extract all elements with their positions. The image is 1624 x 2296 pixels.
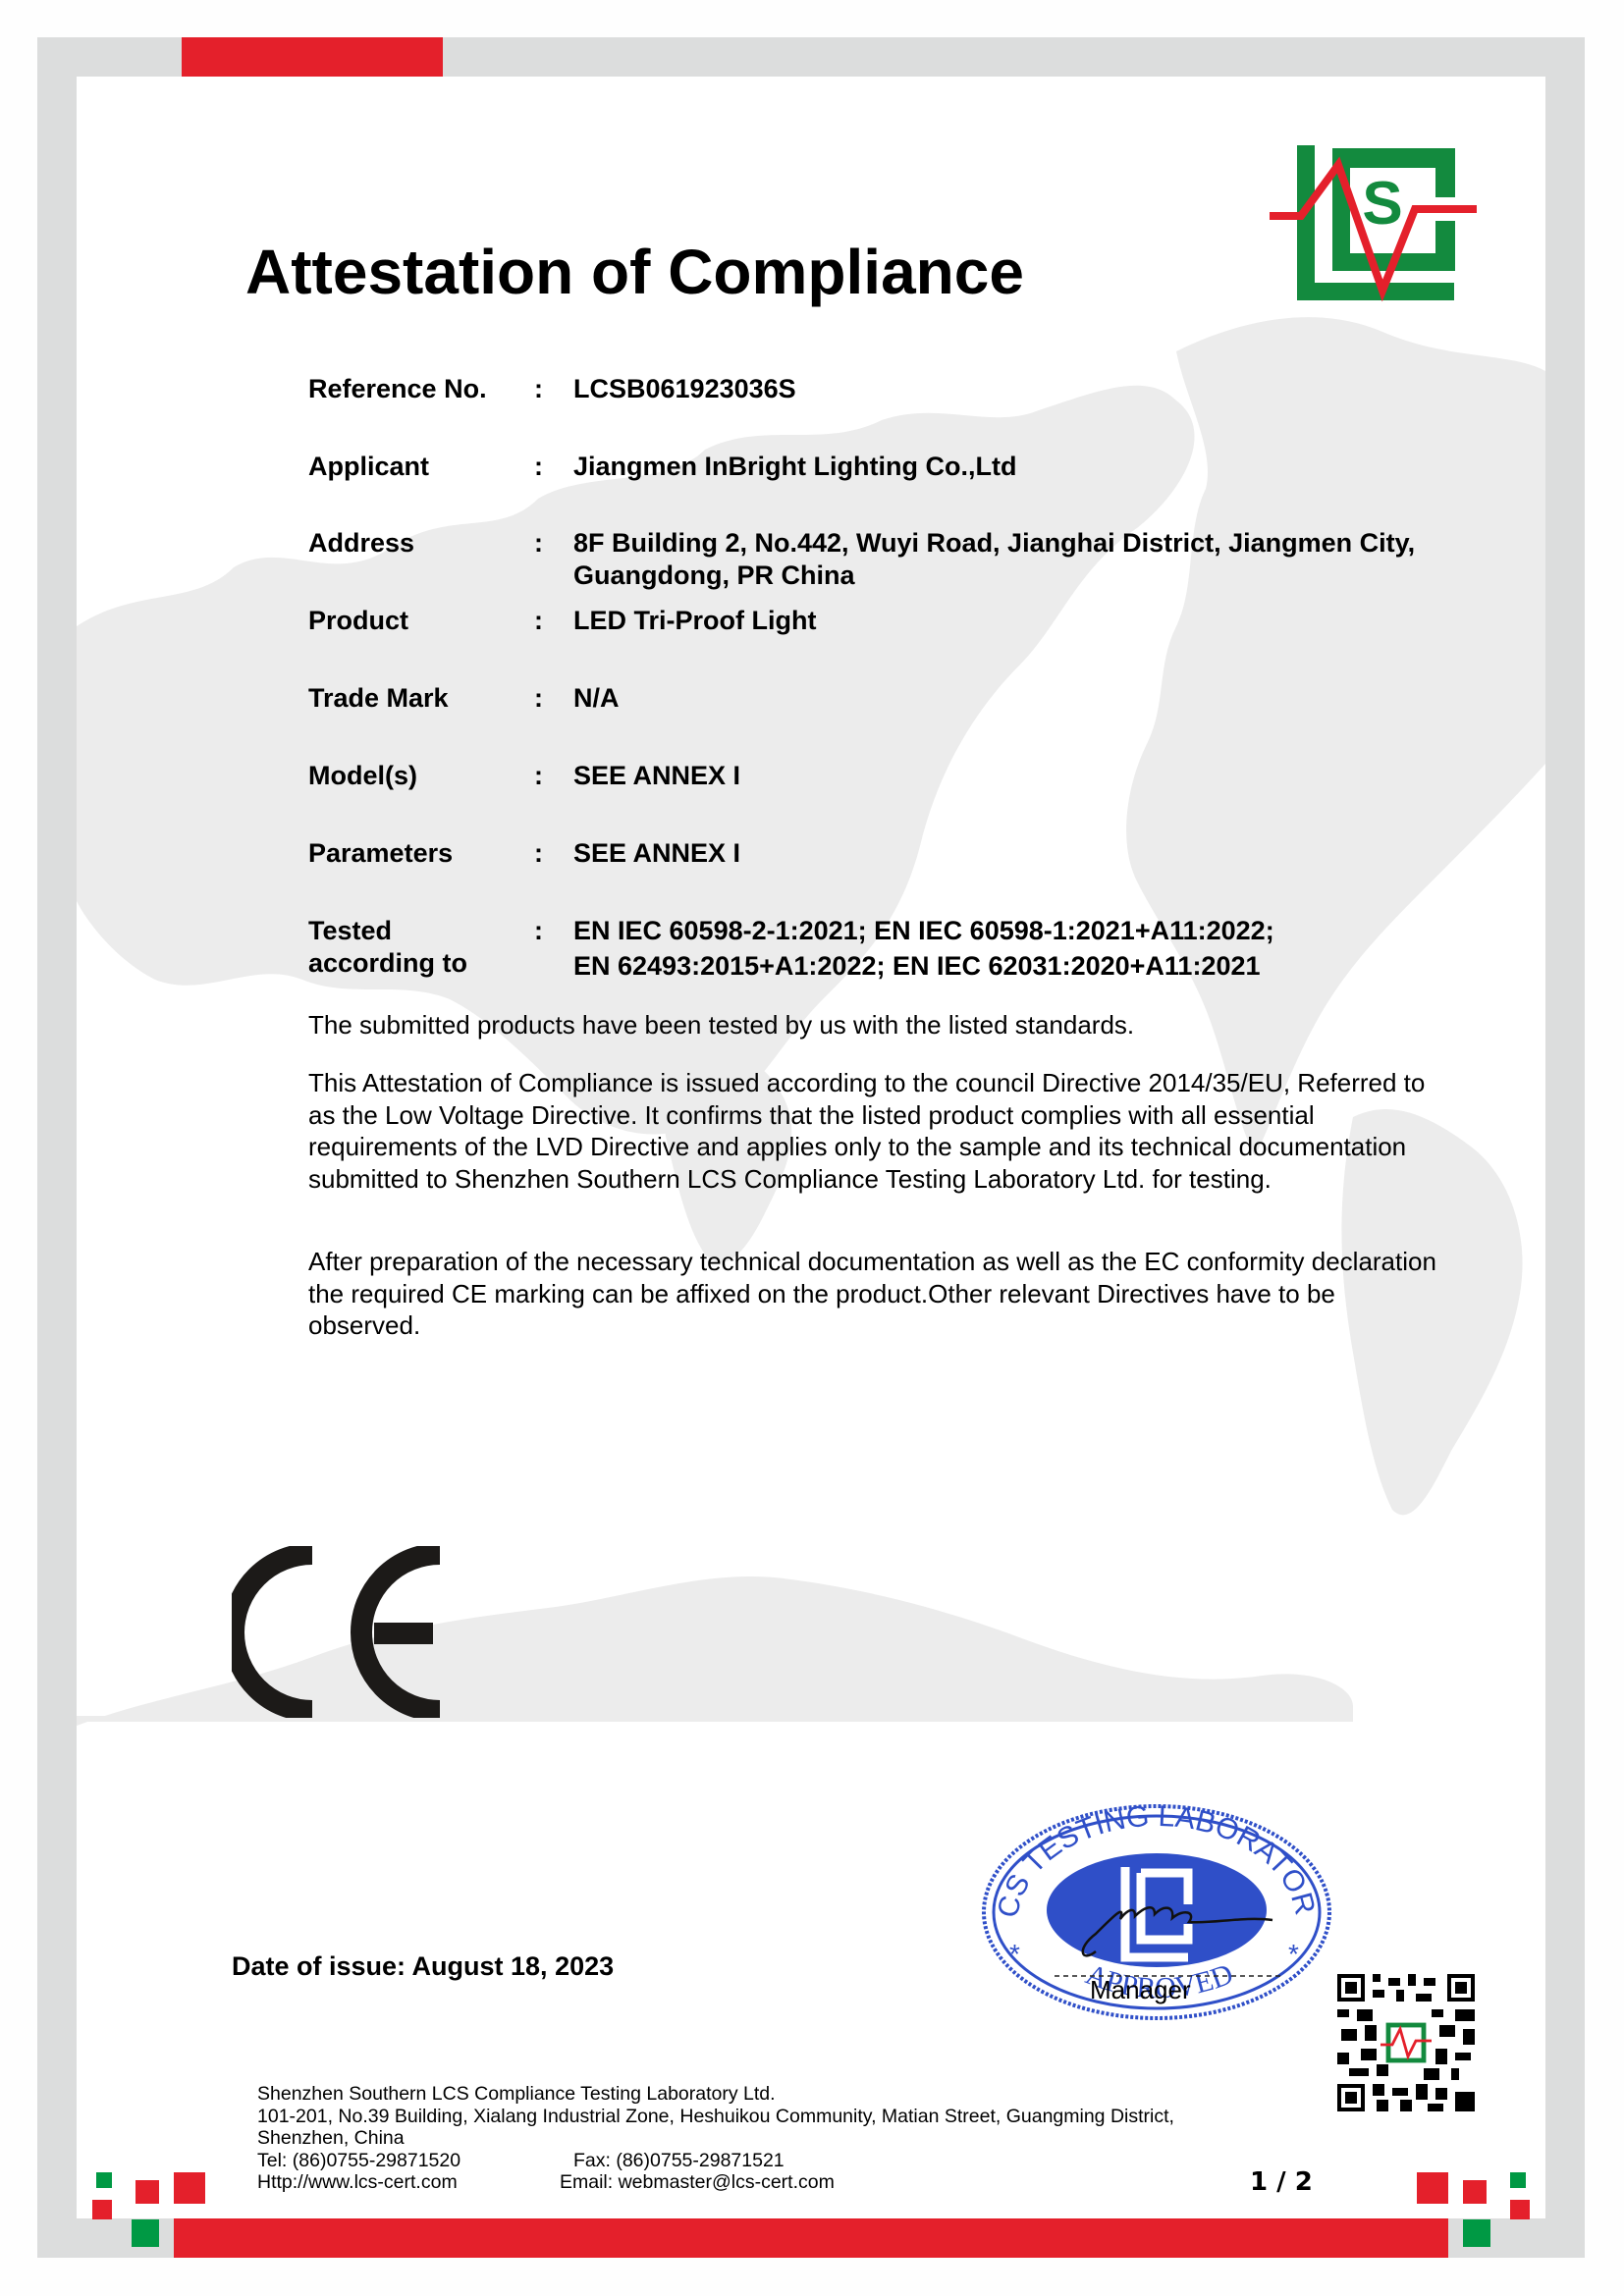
field-value: Jiangmen InBright Lighting Co.,Ltd bbox=[573, 451, 1477, 483]
lab-name: Shenzhen Southern LCS Compliance Testing… bbox=[257, 2083, 1337, 2106]
qr-code-icon[interactable] bbox=[1337, 1973, 1475, 2112]
field-value: LED Tri-Proof Light bbox=[573, 605, 1477, 637]
svg-text:S: S bbox=[1362, 170, 1402, 238]
lab-contact-footer: Shenzhen Southern LCS Compliance Testing… bbox=[257, 2083, 1337, 2194]
decor-square-icon bbox=[135, 2180, 159, 2204]
decor-square-icon bbox=[1510, 2172, 1526, 2188]
field-label: according to bbox=[308, 947, 524, 980]
ce-mark-icon bbox=[232, 1546, 448, 1718]
field-colon: : bbox=[534, 605, 543, 637]
paragraph-directive-statement: This Attestation of Compliance is issued… bbox=[308, 1067, 1447, 1195]
field-value: EN IEC 60598-2-1:2021; EN IEC 60598-1:20… bbox=[573, 915, 1477, 947]
field-value: 8F Building 2, No.442, Wuyi Road, Jiangh… bbox=[573, 527, 1477, 560]
page-title: Attestation of Compliance bbox=[245, 236, 1024, 308]
field-value: LCSB061923036S bbox=[573, 373, 1477, 405]
svg-text:*: * bbox=[1009, 1939, 1020, 1969]
field-colon: : bbox=[534, 373, 543, 405]
field-value: N/A bbox=[573, 682, 1477, 715]
lcs-logo-icon: S bbox=[1270, 145, 1481, 307]
lab-fax: Fax: (86)0755-29871521 bbox=[573, 2150, 785, 2172]
field-colon: : bbox=[534, 527, 543, 560]
lab-address-line-1: 101-201, No.39 Building, Xialang Industr… bbox=[257, 2106, 1337, 2128]
certificate-page: Attestation of Compliance S Reference No… bbox=[77, 77, 1545, 2218]
decor-square-icon bbox=[1463, 2219, 1490, 2247]
field-label: Model(s) bbox=[308, 760, 524, 792]
lab-email-link[interactable]: Email: webmaster@lcs-cert.com bbox=[560, 2171, 835, 2194]
field-label: Trade Mark bbox=[308, 682, 524, 715]
lab-tel: Tel: (86)0755-29871520 bbox=[257, 2150, 460, 2171]
decor-square-icon bbox=[1463, 2180, 1487, 2204]
lab-address-line-2: Shenzhen, China bbox=[257, 2127, 1337, 2150]
field-colon: : bbox=[534, 837, 543, 870]
decor-square-icon bbox=[1510, 2200, 1530, 2219]
decor-square-icon bbox=[92, 2200, 112, 2219]
field-label: Applicant bbox=[308, 451, 524, 483]
top-red-accent-bar bbox=[182, 37, 443, 77]
decor-square-icon bbox=[132, 2219, 159, 2247]
field-label: Reference No. bbox=[308, 373, 524, 405]
field-label: Product bbox=[308, 605, 524, 637]
field-value: SEE ANNEX I bbox=[573, 760, 1477, 792]
field-label: Address bbox=[308, 527, 524, 560]
field-colon: : bbox=[534, 451, 543, 483]
page-indicator: 1 / 2 bbox=[1250, 2167, 1313, 2197]
paragraph-ce-marking: After preparation of the necessary techn… bbox=[308, 1246, 1447, 1342]
svg-text:*: * bbox=[1288, 1939, 1299, 1969]
field-label: Tested bbox=[308, 915, 524, 947]
field-label: Parameters bbox=[308, 837, 524, 870]
paragraph-tested-statement: The submitted products have been tested … bbox=[308, 1009, 1447, 1041]
signer-title: Manager bbox=[1090, 1975, 1191, 2005]
field-value: EN 62493:2015+A1:2022; EN IEC 62031:2020… bbox=[573, 950, 1477, 983]
decor-square-icon bbox=[1417, 2172, 1448, 2204]
lab-website-link[interactable]: Http://www.lcs-cert.com bbox=[257, 2171, 458, 2193]
field-colon: : bbox=[534, 682, 543, 715]
field-value: SEE ANNEX I bbox=[573, 837, 1477, 870]
field-colon: : bbox=[534, 760, 543, 792]
decor-square-icon bbox=[96, 2172, 112, 2188]
bottom-red-accent-bar bbox=[174, 2218, 1448, 2258]
field-colon: : bbox=[534, 915, 543, 947]
date-of-issue: Date of issue: August 18, 2023 bbox=[232, 1951, 614, 1982]
decor-square-icon bbox=[174, 2172, 205, 2204]
field-value: Guangdong, PR China bbox=[573, 560, 1477, 592]
